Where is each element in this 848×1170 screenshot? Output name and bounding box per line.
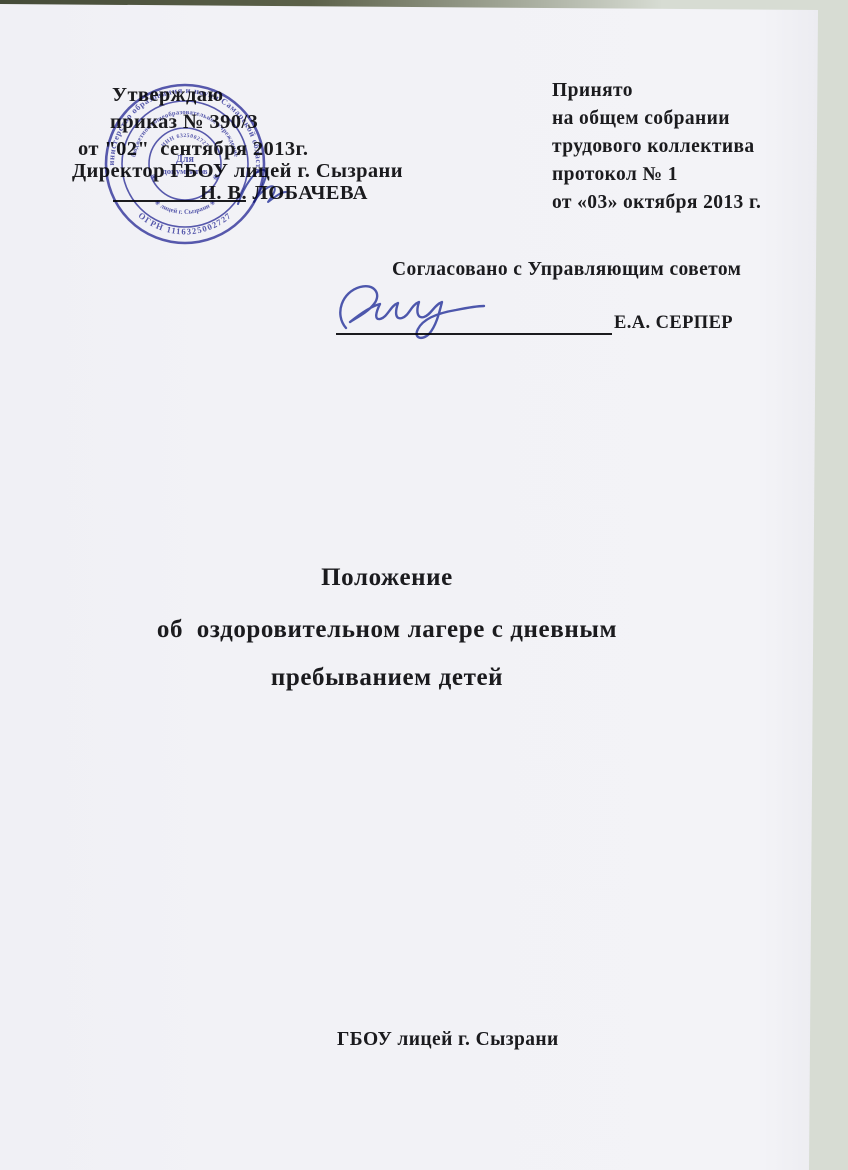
acceptance-line-date: от «03» октября 2013 г. <box>552 192 761 214</box>
director-signature-icon <box>226 158 298 216</box>
stamp-center-line2: документов <box>162 166 207 176</box>
agreement-signatory-name: Е.А. СЕРПЕР <box>614 313 733 334</box>
footer-organization: ГБОУ лицей г. Сызрани <box>337 1029 559 1051</box>
stamp-inn-text: ИНН 6325002727 <box>161 133 210 149</box>
scanned-document: Утверждаю приказ № 390/3 от "02" сентябр… <box>0 0 848 1170</box>
acceptance-line-sobranie: на общем собрании <box>552 108 761 130</box>
document-title-line1: Положение <box>0 564 774 593</box>
document-title-line3: пребыванием детей <box>0 664 774 693</box>
serper-signature-icon <box>332 278 502 342</box>
svg-text:ИНН 6325002727: ИНН 6325002727 <box>161 133 210 149</box>
acceptance-line-kollektiv: трудового коллектива <box>552 136 761 158</box>
stamp-star-left-icon: ✳ <box>151 173 158 182</box>
acceptance-line-prinyato: Принято <box>552 80 761 102</box>
document-title-line2: об оздоровительном лагере с дневным <box>0 616 774 645</box>
stamp-star-right-icon: ✳ <box>213 173 220 182</box>
stamp-center-line1: Для <box>176 154 194 165</box>
acceptance-line-protokol: протокол № 1 <box>552 164 761 186</box>
acceptance-block: Принято на общем собрании трудового колл… <box>552 80 761 220</box>
